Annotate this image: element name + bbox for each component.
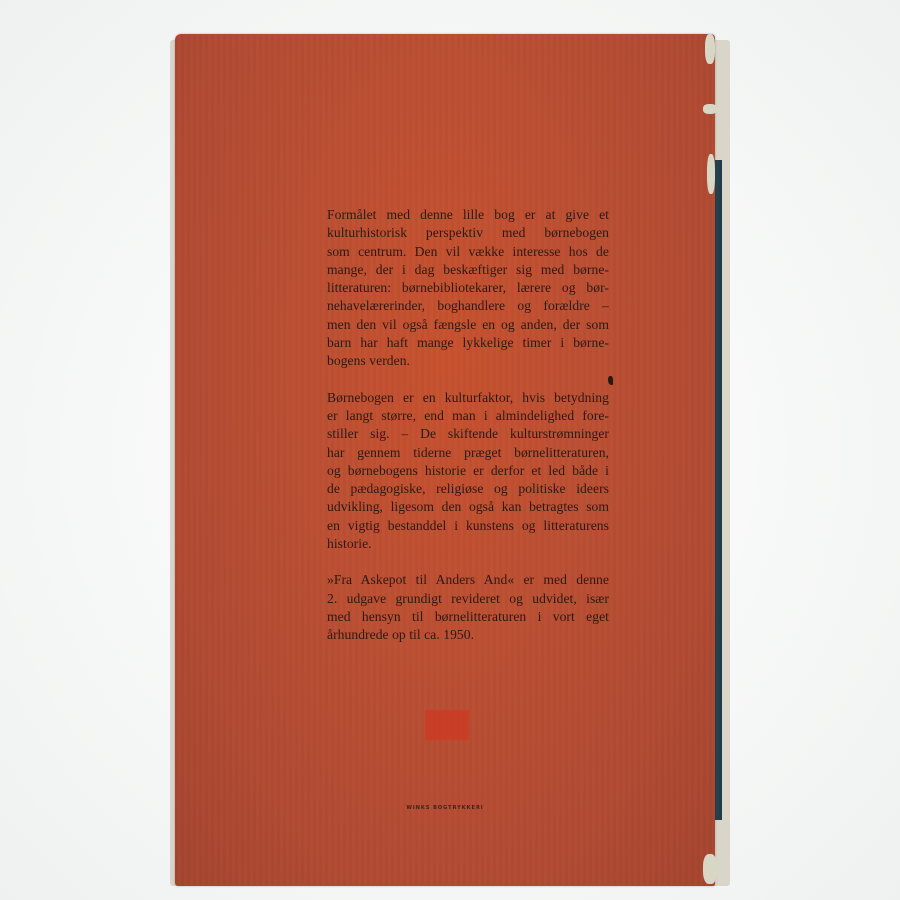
text-line: »Fra Askepot til Anders And« er med denn… xyxy=(327,571,609,589)
text-line: er langt større, end man i almindelighed… xyxy=(327,407,609,425)
text-line: Formålet med denne lille bog er at give … xyxy=(327,206,609,224)
text-line: barn har haft mange lykkelige timer i bø… xyxy=(327,334,609,352)
text-line: bogens verden. xyxy=(327,352,609,370)
blurb-paragraph-2: Børnebogen er en kulturfaktor, hvis bety… xyxy=(327,389,609,554)
price-stamp-mark xyxy=(425,710,469,740)
text-line: litteraturen: børnebibliotekarer, lærere… xyxy=(327,279,609,297)
blurb-paragraph-3: »Fra Askepot til Anders And« er med denn… xyxy=(327,571,609,644)
text-line: og børnebogens historie er derfor et led… xyxy=(327,462,609,480)
worn-edge xyxy=(705,34,715,64)
text-line: som centrum. Den vil vække interesse hos… xyxy=(327,243,609,261)
text-line: men den vil også fængsle en og anden, de… xyxy=(327,316,609,334)
text-line: udvikling, ligesom den også kan betragte… xyxy=(327,498,609,516)
text-line: har gennem tiderne præget børnelitteratu… xyxy=(327,444,609,462)
blurb-paragraph-1: Formålet med denne lille bog er at give … xyxy=(327,206,609,371)
text-line: Børnebogen er en kulturfaktor, hvis bety… xyxy=(327,389,609,407)
text-line: århundrede op til ca. 1950. xyxy=(327,626,609,644)
printer-imprint: WINKS BOGTRYKKERI xyxy=(175,805,715,811)
text-line: kulturhistorisk perspektiv med børneboge… xyxy=(327,224,609,242)
text-line: nehavelærerinder, boghandlere og forældr… xyxy=(327,297,609,315)
book-back-cover: Formålet med denne lille bog er at give … xyxy=(175,34,715,886)
text-line: historie. xyxy=(327,535,609,553)
ink-blot xyxy=(608,376,613,385)
text-line: stiller sig. – De skiftende kulturstrømn… xyxy=(327,425,609,443)
text-line: mange, der i dag beskæftiger sig med bør… xyxy=(327,261,609,279)
blurb-text: Formålet med denne lille bog er at give … xyxy=(327,206,609,663)
text-line: med hensyn til børnelitteraturen i vort … xyxy=(327,608,609,626)
text-line: en vigtig bestanddel i kunstens og litte… xyxy=(327,517,609,535)
worn-edge xyxy=(703,104,717,114)
worn-edge xyxy=(707,154,715,194)
worn-edge xyxy=(703,854,717,884)
text-line: 2. udgave grundigt revideret og udvidet,… xyxy=(327,590,609,608)
text-line: de pædagogiske, religiøse og politiske i… xyxy=(327,480,609,498)
